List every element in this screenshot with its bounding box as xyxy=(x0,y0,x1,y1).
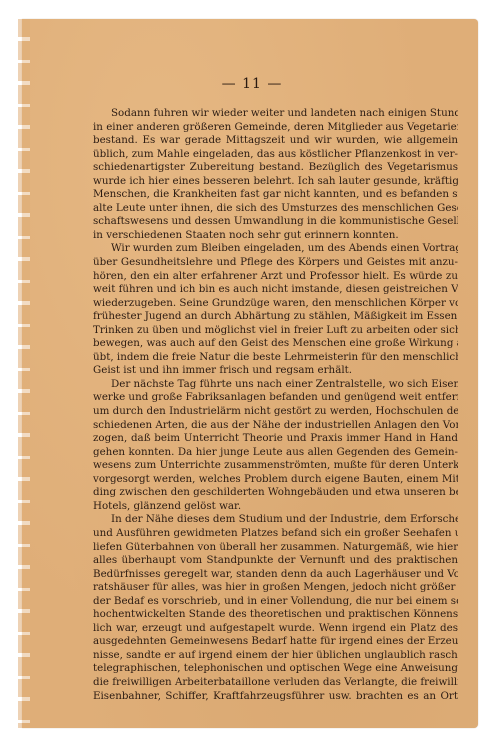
text-line: alles überhaupt vom Standpunkte der Vern… xyxy=(93,554,458,568)
text-line: hören, den ein alter erfahrener Arzt und… xyxy=(93,270,458,284)
text-line: in verschiedenen Staaten noch sehr gut e… xyxy=(93,229,458,243)
text-line: alte Leute unter ihnen, die sich des Ums… xyxy=(93,202,458,216)
text-line: und Ausführen gewidmeten Platzes befand … xyxy=(93,527,458,541)
text-line: hochentwickelten Stande des theoretische… xyxy=(93,608,458,622)
text-line: ding zwischen den geschilderten Wohngebä… xyxy=(93,486,458,500)
text-line: Sodann fuhren wir wieder weiter und land… xyxy=(93,107,458,121)
text-line: Der nächste Tag führte uns nach einer Ze… xyxy=(93,378,458,392)
paragraph-4: In der Nähe dieses dem Studium und der I… xyxy=(93,513,458,703)
text-line: Eisenbahner, Schiffer, Kraftfahrzeugsfüh… xyxy=(93,690,458,704)
text-line: der Bedaf es vorschrieb, und in einer Vo… xyxy=(93,595,458,609)
text-line: frühester Jugend an durch Abhärtung zu s… xyxy=(93,310,458,324)
text-line: schaftswesens und dessen Umwandlung in d… xyxy=(93,215,458,229)
text-line: bestand. Es war gerade Mittagszeit und w… xyxy=(93,134,458,148)
text-line: schiedenen Arten, die aus der Nähe der i… xyxy=(93,419,458,433)
text-line: wesens zum Unterrichte zusammenströmten,… xyxy=(93,459,458,473)
text-line: weit führen und ich bin es auch nicht im… xyxy=(93,283,458,297)
text-line: um durch den Industrielärm nicht gestört… xyxy=(93,405,458,419)
text-line: werke und große Fabriksanlagen befanden … xyxy=(93,391,458,405)
text-line: vorgesorgt werden, welches Problem durch… xyxy=(93,473,458,487)
text-line: liefen Güterbahnen von überall her zusam… xyxy=(93,541,458,555)
text-line: schiedenartigster Zubereitung bestand. B… xyxy=(93,161,458,175)
text-line: Hotels, glänzend gelöst war. xyxy=(93,500,458,514)
text-line: nisse, sandte er auf irgend einem der hi… xyxy=(93,649,458,663)
text-line: In der Nähe dieses dem Studium und der I… xyxy=(93,513,458,527)
text-line: die freiwilligen Arbeiterbataillone verl… xyxy=(93,676,458,690)
text-line: Wir wurden zum Bleiben eingeladen, um de… xyxy=(93,242,458,256)
text-line: gehen konnten. Da hier junge Leute aus a… xyxy=(93,446,458,460)
body-text: Sodann fuhren wir wieder weiter und land… xyxy=(93,107,458,703)
text-line: übt, indem die freie Natur die beste Leh… xyxy=(93,351,458,365)
page-number: — 11 — xyxy=(0,76,504,92)
text-line: lich war, erzeugt und aufgestapelt wurde… xyxy=(93,622,458,636)
text-line: in einer anderen größeren Gemeinde, dere… xyxy=(93,121,458,135)
paragraph-2: Wir wurden zum Bleiben eingeladen, um de… xyxy=(93,242,458,377)
text-line: Menschen, die Krankheiten fast gar nicht… xyxy=(93,188,458,202)
text-line: bewegen, was auch auf den Geist des Mens… xyxy=(93,337,458,351)
text-line: ausgedehnten Gemeinwesens Bedarf hatte f… xyxy=(93,635,458,649)
text-line: wiederzugeben. Seine Grundzüge waren, de… xyxy=(93,297,458,311)
text-line: ratshäuser für alles, was hier in großen… xyxy=(93,581,458,595)
paragraph-1: Sodann fuhren wir wieder weiter und land… xyxy=(93,107,458,242)
text-line: Bedürfnisses geregelt war, standen denn … xyxy=(93,568,458,582)
text-line: wurde ich hier eines besseren belehrt. I… xyxy=(93,175,458,189)
text-line: Trinken zu üben und möglichst viel in fr… xyxy=(93,324,458,338)
torn-left-edge xyxy=(18,19,30,728)
paragraph-3: Der nächste Tag führte uns nach einer Ze… xyxy=(93,378,458,513)
text-line: telegraphischen, telephonischen und opti… xyxy=(93,662,458,676)
text-line: üblich, zum Mahle eingeladen, das aus kö… xyxy=(93,148,458,162)
text-line: zogen, daß beim Unterricht Theorie und P… xyxy=(93,432,458,446)
text-line: Geist ist und ihn immer frisch und regsa… xyxy=(93,364,458,378)
text-line: über Gesundheitslehre und Pflege des Kör… xyxy=(93,256,458,270)
